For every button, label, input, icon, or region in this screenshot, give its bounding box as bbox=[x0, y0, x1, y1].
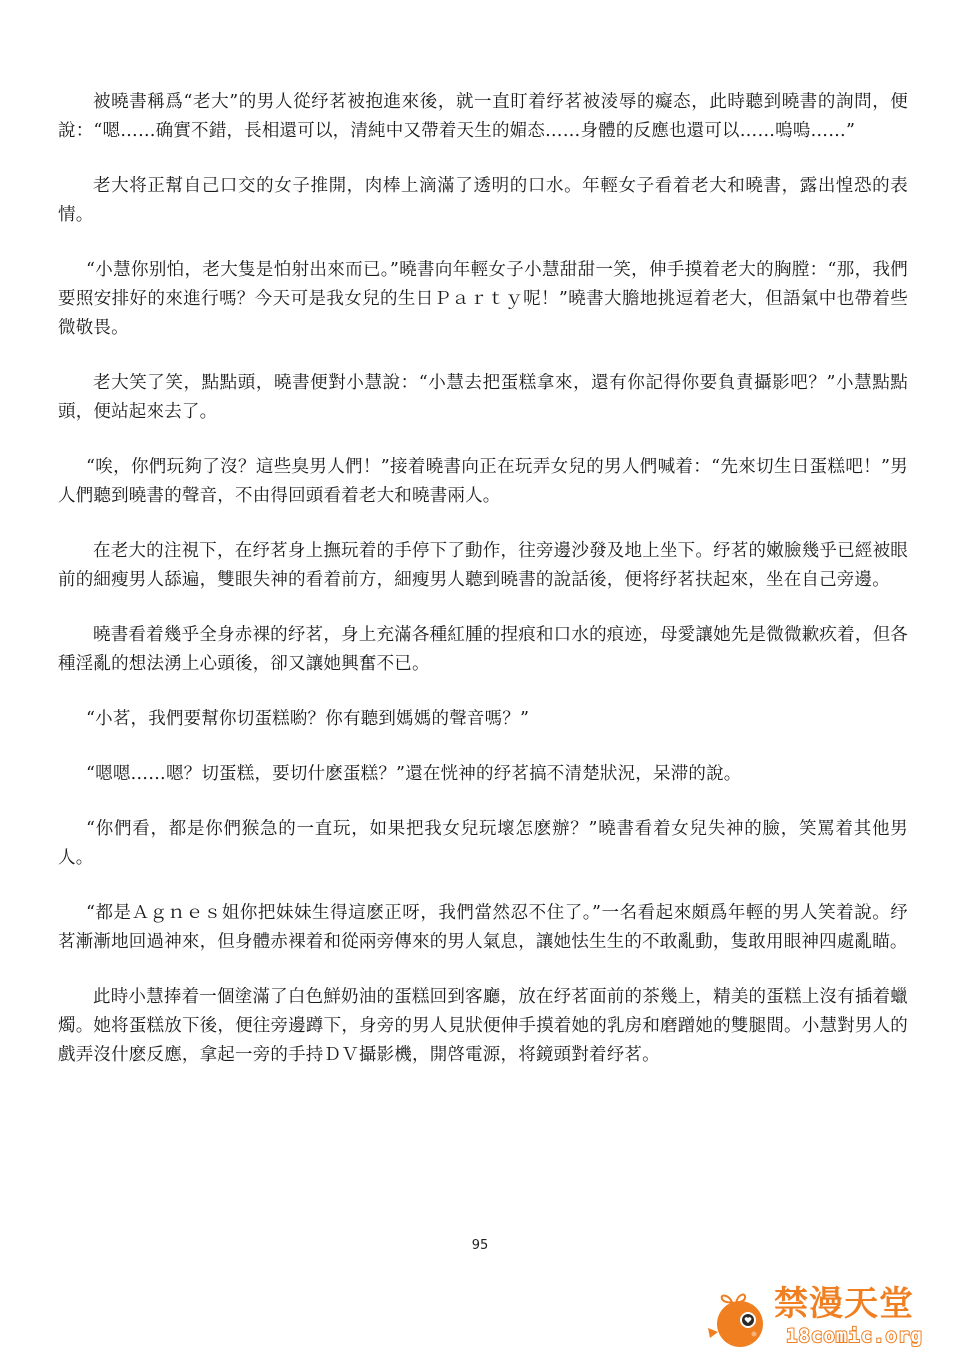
paragraph: 此時小慧捧着一個塗滿了白色鮮奶油的蛋糕回到客廳，放在纾茗面前的茶幾上，精美的蛋糕… bbox=[58, 983, 908, 1070]
watermark-logo: 禁漫天堂 18comic.org bbox=[694, 1280, 924, 1354]
paragraph: 被曉書稱爲“老大”的男人從纾茗被抱進來後，就一直盯着纾茗被淩辱的癡态，此時聽到曉… bbox=[58, 88, 908, 146]
watermark-brand: 禁漫天堂 bbox=[774, 1284, 914, 1324]
paragraph: 曉書看着幾乎全身赤裸的纾茗，身上充滿各種紅腫的捏痕和口水的痕迹，母愛讓她先是微微… bbox=[58, 621, 908, 679]
whale-mascot-icon bbox=[706, 1290, 768, 1348]
paragraph: “唉，你們玩夠了沒？這些臭男人們！”接着曉書向正在玩弄女兒的男人們喊着：“先來切… bbox=[58, 453, 908, 511]
paragraph: “小茗，我們要幫你切蛋糕喲？你有聽到媽媽的聲音嗎？” bbox=[58, 705, 908, 734]
paragraph: “小慧你别怕，老大隻是怕射出來而已。”曉書向年輕女子小慧甜甜一笑，伸手摸着老大的… bbox=[58, 256, 908, 343]
watermark-site: 18comic.org bbox=[786, 1324, 923, 1348]
paragraph: 在老大的注視下，在纾茗身上撫玩着的手停下了動作，往旁邊沙發及地上坐下。纾茗的嫩臉… bbox=[58, 537, 908, 595]
paragraph: 老大将正幫自己口交的女子推開，肉棒上滴滿了透明的口水。年輕女子看着老大和曉書，露… bbox=[58, 172, 908, 230]
paragraph: 老大笑了笑，點點頭，曉書便對小慧說：“小慧去把蛋糕拿來，還有你記得你要負責攝影吧… bbox=[58, 369, 908, 427]
page-number: 95 bbox=[0, 1238, 960, 1253]
paragraph: “你們看，都是你們猴急的一直玩，如果把我女兒玩壞怎麽辦？”曉書看着女兒失神的臉，… bbox=[58, 815, 908, 873]
paragraph: “都是Ａｇｎｅｓ姐你把妹妹生得這麽正呀，我們當然忍不住了。”一名看起來頗爲年輕的… bbox=[58, 899, 908, 957]
document-body: 被曉書稱爲“老大”的男人從纾茗被抱進來後，就一直盯着纾茗被淩辱的癡态，此時聽到曉… bbox=[58, 88, 908, 1096]
paragraph: “嗯嗯……嗯？切蛋糕，要切什麽蛋糕？”還在恍神的纾茗搞不清楚狀況，呆滞的說。 bbox=[58, 760, 908, 789]
